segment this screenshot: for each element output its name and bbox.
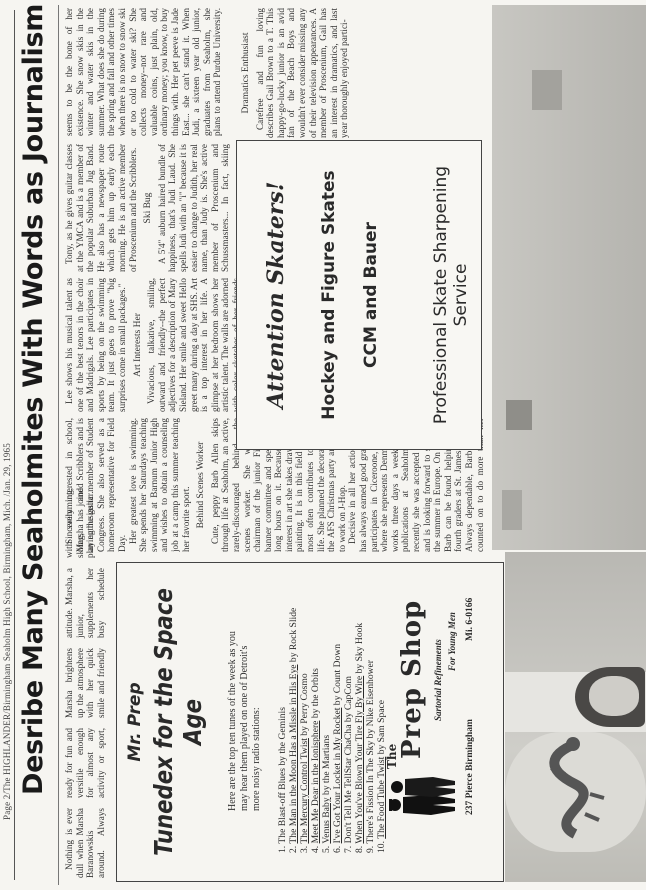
photo-detail <box>532 70 562 110</box>
tunedex-intro: Here are the top ten tunes of the week a… <box>227 623 263 811</box>
prep-shop-tagline2: For Young Men <box>447 612 457 671</box>
photo-detail <box>506 400 532 430</box>
face <box>589 676 639 716</box>
subhead-ski-bug: Ski Bug <box>143 144 154 272</box>
paragraph: Sincerely interested in school, Marsha h… <box>64 418 128 552</box>
intro-column: Nothing is ever dull when Marsha Baranow… <box>64 728 114 878</box>
tune-item: 4. Meet Me Dear in the Ionisphere by the… <box>310 573 321 853</box>
prep-shop-logo: The Prep Shop Sartorial Refinements For … <box>379 581 489 821</box>
dragon-icon <box>535 734 615 844</box>
paragraph: Tony, as he gives guitar classes at the … <box>64 144 138 272</box>
tune-item: 3. The Mercury Control Twist by Perry Co… <box>299 573 310 853</box>
tunedex-title: Tunedex for the Space Age <box>149 587 207 857</box>
tune-item: 2. The Man in the Moon Has a Missle in H… <box>288 573 299 853</box>
newspaper-page: Page 2/The HIGHLANDER/Birmingham Seaholm… <box>0 0 646 890</box>
skate-ad: Attention Skaters! Hockey and Figure Ska… <box>236 140 482 450</box>
photo-girl-with-dragon <box>505 552 646 882</box>
paragraph: Carefree and fun loving describes Gail B… <box>255 8 350 138</box>
article-column-3b: Dramatics Enthusiast Carefree and fun lo… <box>236 8 486 138</box>
tune-item: 6. I've Got Your Locket in My Rocket by … <box>332 573 343 853</box>
mr-prep-title: Mr. Prep <box>125 563 145 881</box>
tune-list: 1. The Blast-off Blues by the Geminis 2.… <box>277 573 387 853</box>
tune-item: 1. The Blast-off Blues by the Geminis <box>277 573 288 853</box>
page-folio: Page 2/The HIGHLANDER/Birmingham Seaholm… <box>2 443 12 820</box>
subhead-art-interests: Art Interests Her <box>133 278 144 412</box>
page-headline: Desribe Many Seaholmites With Words as J… <box>18 0 49 795</box>
header-rule <box>14 10 15 880</box>
article-column-3: Tony, as he gives guitar classes at the … <box>64 8 232 272</box>
tune-item: 8. When You've Blown Your Tire Fly By Wi… <box>354 573 365 853</box>
photo-detail <box>502 490 522 530</box>
skate-ad-line2: CCM and Bauer <box>361 141 381 449</box>
tune-item: 9. There's Fission In The Sky by Nike Ei… <box>365 573 376 853</box>
two-men-silhouette-icon <box>387 771 457 821</box>
skate-ad-line1: Hockey and Figure Skates <box>319 141 339 449</box>
skate-ad-headline: Attention Skaters! <box>263 141 289 449</box>
prep-shop-name: Prep Shop <box>397 600 427 759</box>
headline-rule <box>58 5 59 885</box>
prep-shop-address: 237 Pierce Birmingham <box>465 719 475 815</box>
subhead-behind-scenes: Behind Scenes Worker <box>196 418 207 552</box>
prep-shop-tagline: Sartorial Refinements <box>433 639 443 721</box>
mr-prep-ad: Mr. Prep Tunedex for the Space Age Here … <box>116 562 504 882</box>
paragraph: Her greatest love is swimming. She spend… <box>128 418 192 552</box>
subhead-dramatics-continued: Dramatics Enthusiast <box>241 8 252 138</box>
photo-bottom-right <box>492 5 646 550</box>
tune-item: 7. Don't Tell Me TellStar ChaCha by CapC… <box>343 573 354 853</box>
prep-shop-phone: Mi. 6-0166 <box>465 598 475 641</box>
skate-ad-line3: Professional Skate Sharpening Service <box>431 141 471 449</box>
paragraph: Lee shows his musical talent as one of t… <box>64 278 128 412</box>
tune-item: 5. Venus Baby by the Martians <box>321 573 332 853</box>
